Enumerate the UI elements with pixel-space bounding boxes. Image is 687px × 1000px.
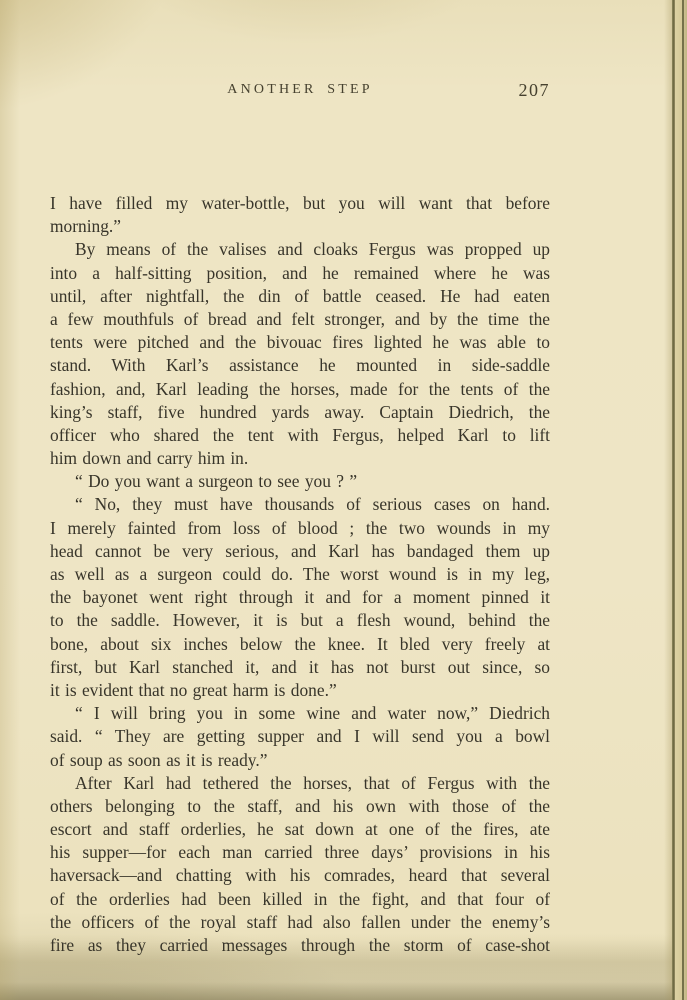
text-line: I have filled my water-bottle, but you w… (50, 192, 550, 215)
text-line: said. “ They are getting supper and I wi… (50, 725, 550, 748)
text-line: By means of the valises and cloaks Fergu… (50, 238, 550, 261)
text-line: fire as they carried messages through th… (50, 934, 550, 957)
page-number: 207 (519, 80, 551, 101)
text-line: a few mouthfuls of bread and felt strong… (50, 308, 550, 331)
paragraph: I have filled my water-bottle, but you w… (50, 192, 550, 238)
text-block: I have filled my water-bottle, but you w… (50, 192, 550, 957)
text-line: the bayonet went right through it and fo… (50, 586, 550, 609)
text-line: stand. With Karl’s assistance he mounted… (50, 354, 550, 377)
text-line: “ Do you want a surgeon to see you ? ” (50, 470, 550, 493)
text-line: him down and carry him in. (50, 447, 550, 470)
text-line: fashion, and, Karl leading the horses, m… (50, 378, 550, 401)
text-line: the officers of the royal staff had also… (50, 911, 550, 934)
text-line: to the saddle. However, it is but a fles… (50, 609, 550, 632)
text-line: others belonging to the staff, and his o… (50, 795, 550, 818)
text-line: as well as a surgeon could do. The worst… (50, 563, 550, 586)
text-line: “ No, they must have thousands of seriou… (50, 493, 550, 516)
text-line: his supper—for each man carried three da… (50, 841, 550, 864)
text-line: morning.” (50, 215, 550, 238)
chapter-running-title: ANOTHER STEP (50, 82, 550, 98)
paragraph: “ Do you want a surgeon to see you ? ” (50, 470, 550, 493)
text-line: head cannot be very serious, and Karl ha… (50, 540, 550, 563)
text-line: of the orderlies had been killed in the … (50, 888, 550, 911)
running-head: ANOTHER STEP 207 (50, 80, 550, 114)
paragraph: “ No, they must have thousands of seriou… (50, 493, 550, 702)
text-line: until, after nightfall, the din of battl… (50, 285, 550, 308)
text-line: king’s staff, five hundred yards away. C… (50, 401, 550, 424)
text-line: tents were pitched and the bivouac fires… (50, 331, 550, 354)
text-line: into a half-sitting position, and he rem… (50, 262, 550, 285)
page-edge-stack (675, 0, 682, 1000)
page-edge-crease (664, 0, 672, 1000)
text-line: I merely fainted from loss of blood ; th… (50, 517, 550, 540)
text-line: haversack—and chatting with his comrades… (50, 864, 550, 887)
paragraph: “ I will bring you in some wine and wate… (50, 702, 550, 772)
text-line: it is evident that no great harm is done… (50, 679, 550, 702)
text-line: officer who shared the tent with Fergus,… (50, 424, 550, 447)
text-line: After Karl had tethered the horses, that… (50, 772, 550, 795)
text-line: escort and staff orderlies, he sat down … (50, 818, 550, 841)
text-line: of soup as soon as it is ready.” (50, 749, 550, 772)
text-line: first, but Karl stanched it, and it has … (50, 656, 550, 679)
paragraph: After Karl had tethered the horses, that… (50, 772, 550, 958)
paragraph: By means of the valises and cloaks Fergu… (50, 238, 550, 470)
text-column: ANOTHER STEP 207 I have filled my water-… (50, 80, 550, 114)
text-line: “ I will bring you in some wine and wate… (50, 702, 550, 725)
text-line: bone, about six inches below the knee. I… (50, 633, 550, 656)
